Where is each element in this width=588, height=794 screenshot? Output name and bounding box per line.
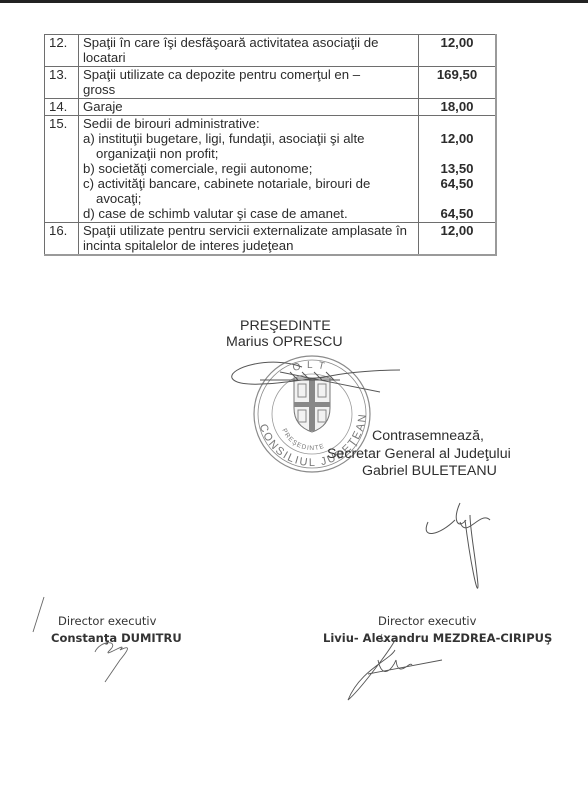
countersign-label: Contrasemnează, xyxy=(372,428,484,444)
svg-text:PREŞEDINTE: PREŞEDINTE xyxy=(280,428,325,452)
council-stamp-icon: OLT CONSILIUL JUDEŢEAN PREŞEDINTE xyxy=(0,0,588,794)
director-left-name: Constanţa DUMITRU xyxy=(51,631,182,645)
countersign-name: Gabriel BULETEANU xyxy=(362,463,497,479)
director-left-role: Director executiv xyxy=(58,614,156,628)
countersign-role: Secretar General al Judeţului xyxy=(327,446,511,462)
svg-text:OLT: OLT xyxy=(292,360,332,374)
director-right-role: Director executiv xyxy=(378,614,476,628)
director-right-name: Liviu- Alexandru MEZDREA-CIRIPUŞ xyxy=(323,631,552,645)
